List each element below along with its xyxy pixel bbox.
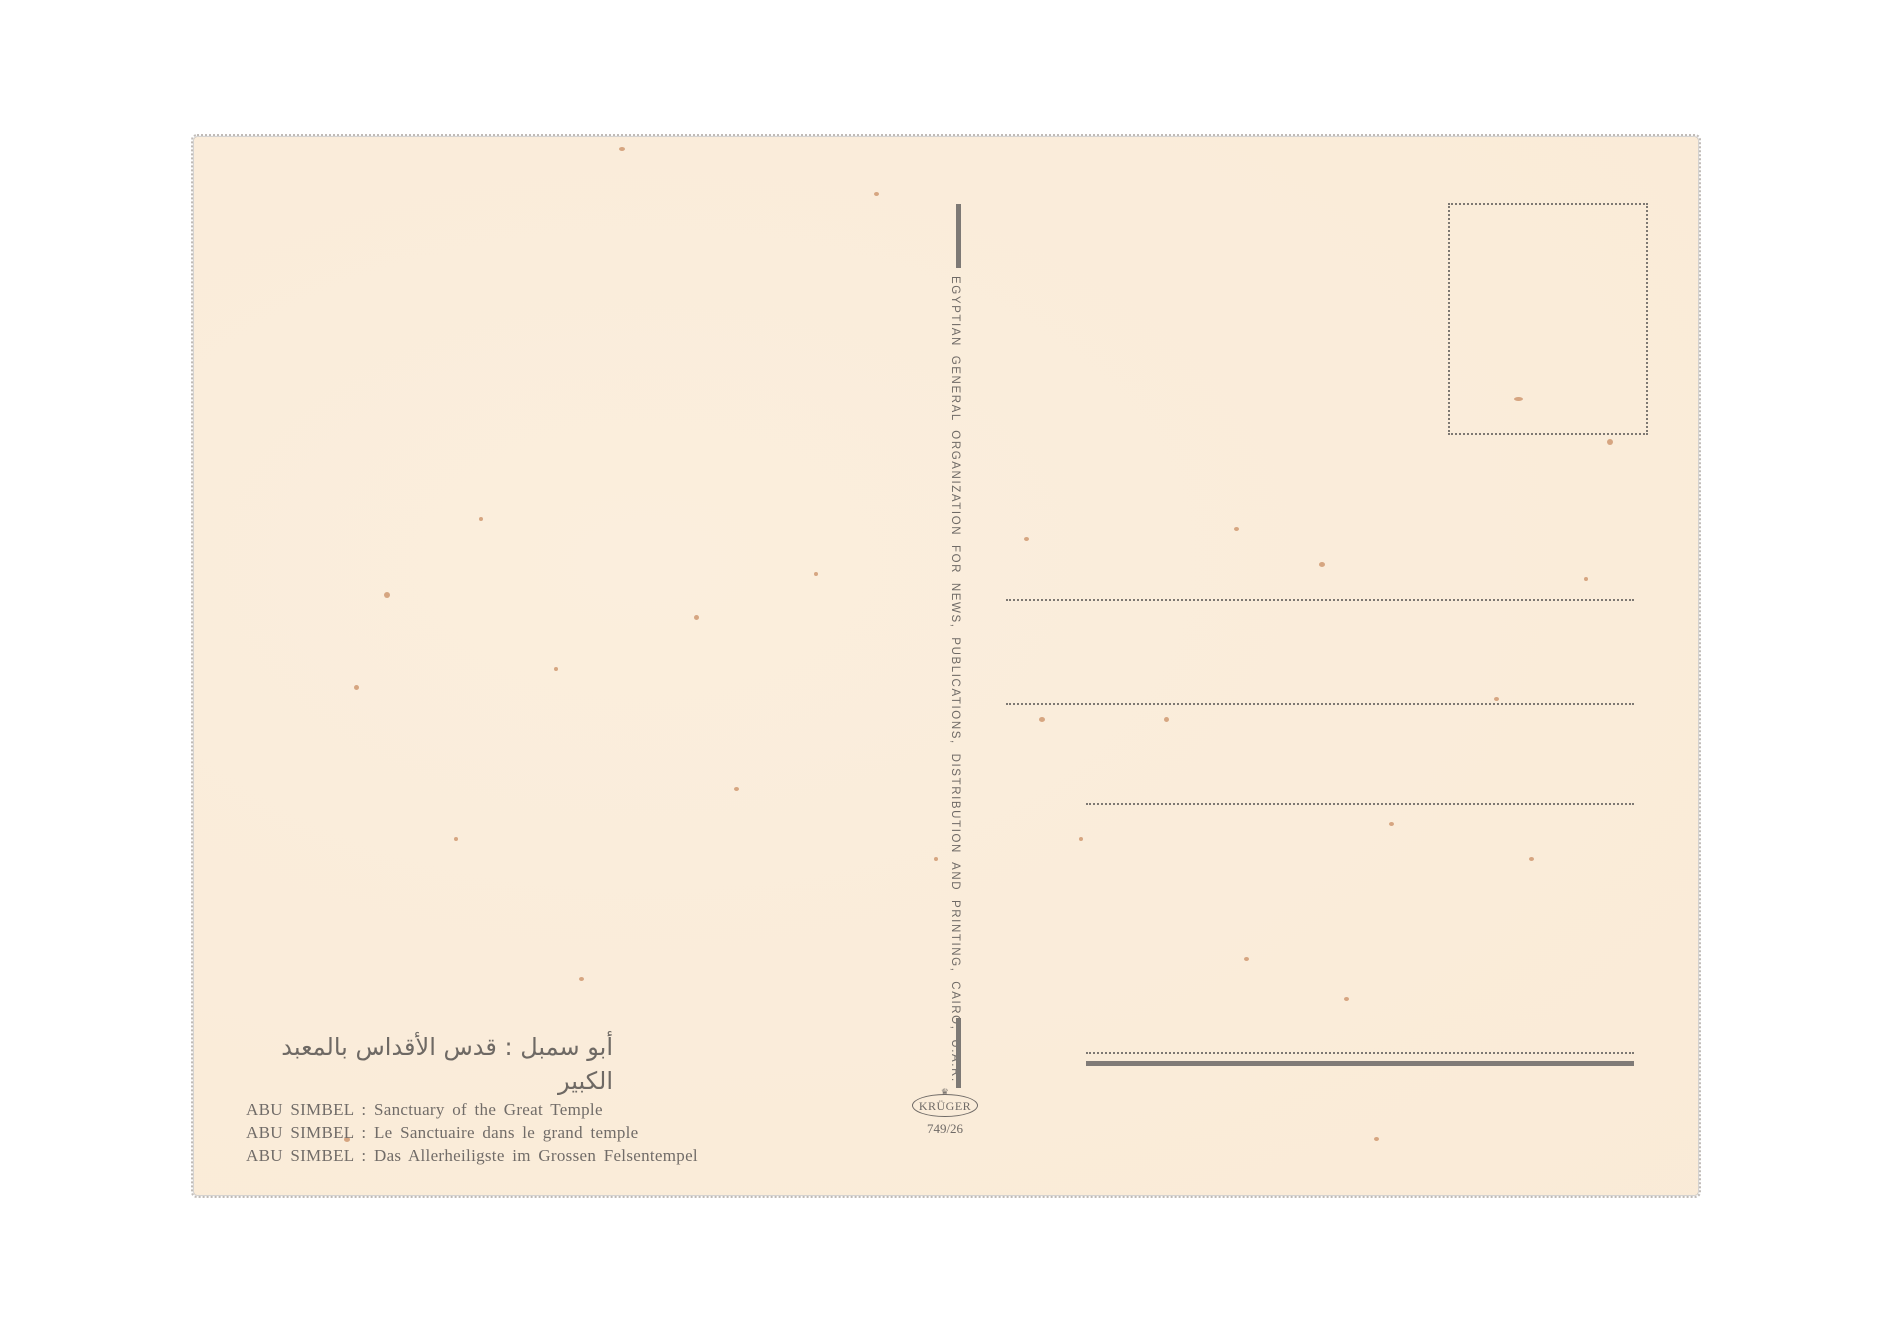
- foxing-spot: [479, 517, 483, 521]
- caption-place: ABU SIMBEL :: [246, 1098, 366, 1121]
- image-captions: أبو سمبل : قدس الأقداس بالمعبد الكبير AB…: [246, 1030, 698, 1167]
- caption-french: ABU SIMBEL : Le Sanctuaire dans le grand…: [246, 1121, 698, 1144]
- caption-text: Das Allerheiligste im Grossen Felsentemp…: [374, 1146, 698, 1165]
- stamp-box: [1448, 203, 1648, 435]
- postcard-back: EGYPTIAN GENERAL ORGANIZATION FOR NEWS, …: [194, 137, 1698, 1195]
- caption-place: ABU SIMBEL :: [246, 1144, 366, 1167]
- address-line-1: [1006, 599, 1634, 601]
- foxing-spot: [354, 685, 359, 690]
- foxing-spot: [1374, 1137, 1379, 1141]
- foxing-spot: [619, 147, 625, 151]
- foxing-spot: [1024, 537, 1029, 541]
- foxing-spot: [1584, 577, 1588, 581]
- caption-german: ABU SIMBEL : Das Allerheiligste im Gross…: [246, 1144, 698, 1167]
- foxing-spot: [1039, 717, 1045, 722]
- foxing-spot: [934, 857, 938, 861]
- caption-place: ABU SIMBEL :: [246, 1121, 366, 1144]
- foxing-spot: [1319, 562, 1325, 567]
- foxing-spot: [554, 667, 558, 671]
- foxing-spot: [454, 837, 458, 841]
- caption-english: ABU SIMBEL : Sanctuary of the Great Temp…: [246, 1098, 698, 1121]
- foxing-spot: [1244, 957, 1249, 961]
- logo-text: KRÜGER: [919, 1099, 971, 1113]
- foxing-spot: [1494, 697, 1499, 701]
- foxing-spot: [1234, 527, 1239, 531]
- address-line-2: [1006, 703, 1634, 705]
- foxing-spot: [734, 787, 739, 791]
- publisher-imprint: EGYPTIAN GENERAL ORGANIZATION FOR NEWS, …: [949, 276, 961, 1016]
- catalog-number: 749/26: [909, 1121, 981, 1137]
- kruger-logo: ♛ KRÜGER: [912, 1094, 978, 1117]
- foxing-spot: [1344, 997, 1349, 1001]
- foxing-spot: [694, 615, 699, 620]
- crown-icon: ♛: [941, 1087, 950, 1098]
- foxing-spot: [1529, 857, 1534, 861]
- address-line-3: [1086, 803, 1634, 805]
- foxing-spot: [1389, 822, 1394, 826]
- foxing-spot: [1164, 717, 1169, 722]
- address-baseline-bar: [1086, 1061, 1634, 1066]
- address-line-4: [1086, 1052, 1634, 1054]
- caption-text: Sanctuary of the Great Temple: [374, 1100, 603, 1119]
- center-divider: EGYPTIAN GENERAL ORGANIZATION FOR NEWS, …: [947, 204, 989, 1088]
- divider-bar-bottom: [956, 1018, 961, 1088]
- foxing-spot: [874, 192, 879, 196]
- foxing-spot: [814, 572, 818, 576]
- foxing-spot: [579, 977, 584, 981]
- divider-bar-top: [956, 204, 961, 268]
- printer-logo: ♛ KRÜGER 749/26: [909, 1094, 981, 1137]
- foxing-spot: [384, 592, 390, 598]
- foxing-spot: [1607, 439, 1613, 445]
- caption-arabic: أبو سمبل : قدس الأقداس بالمعبد الكبير: [246, 1030, 613, 1098]
- caption-text: Le Sanctuaire dans le grand temple: [374, 1123, 639, 1142]
- foxing-spot: [1079, 837, 1083, 841]
